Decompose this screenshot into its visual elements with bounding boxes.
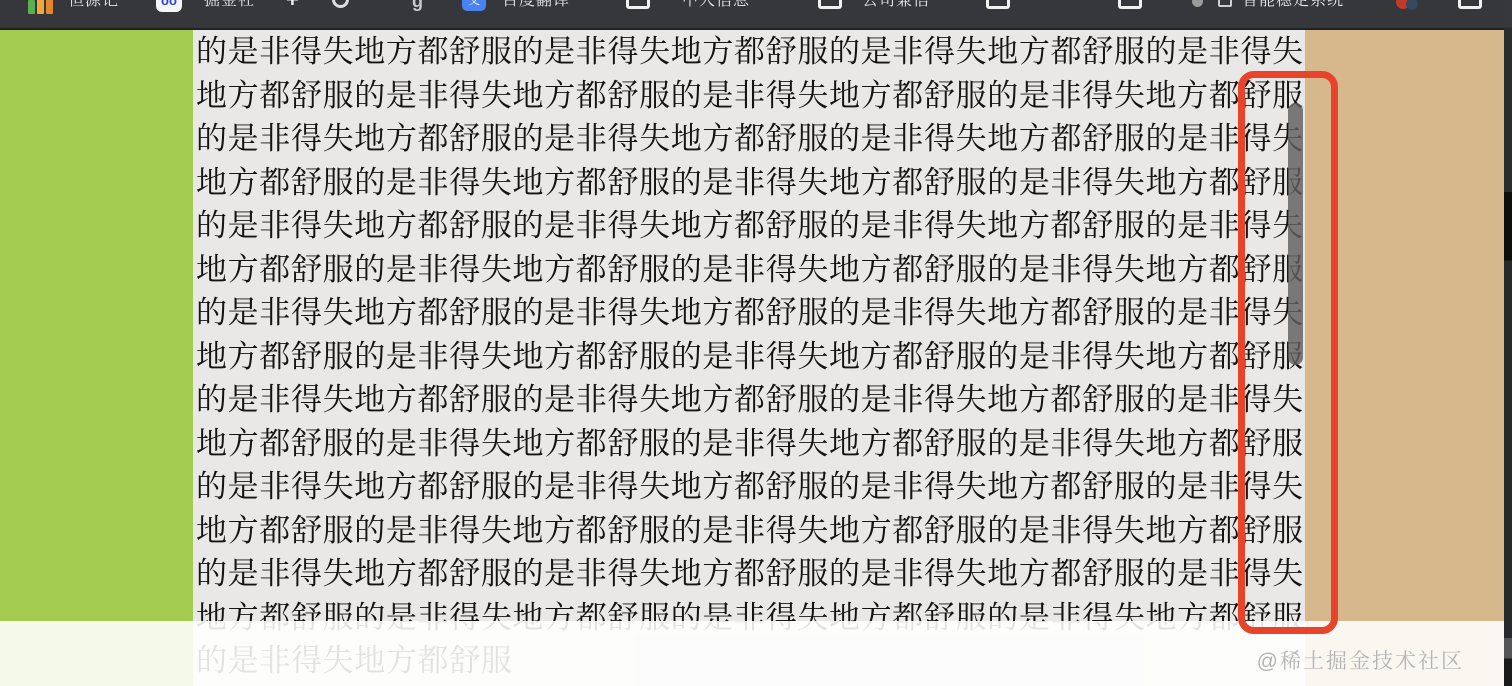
g-favicon[interactable]: g [412,0,423,14]
screenshot-root: 恒源记 oo 掘金社 + g 文 百度翻译 中人信息 公司兼信 智能稳定系统 的… [0,0,1512,686]
left-green-panel [0,30,193,686]
watermark-text: @稀土掘金技术社区 [1257,645,1464,675]
bookmark-item[interactable]: 百度翻译 [502,0,570,14]
page-text-content[interactable]: 的是非得失地方都舒服的是非得失地方都舒服的是非得失地方都舒服的是非得失地方都舒服… [193,30,1305,686]
bookmark-item[interactable]: 智能稳定系统 [1242,0,1344,14]
bookmark-item[interactable]: 掘金社 [204,0,255,14]
highlight-annotation-box [1238,71,1338,634]
bookmark-item[interactable]: 恒源记 [68,0,119,14]
background-window-edge [1504,0,1512,686]
folder-icon[interactable] [818,0,842,9]
circle-icon[interactable] [332,0,349,8]
app-icon[interactable] [1218,0,1232,7]
folder-icon[interactable] [1118,0,1142,9]
bookmark-item[interactable]: 中人信息 [682,0,750,14]
folder-icon[interactable] [986,0,1010,9]
csdn-icon[interactable]: oo [156,0,182,12]
browser-bookmarks-bar: 恒源记 oo 掘金社 + g 文 百度翻译 中人信息 公司兼信 智能稳定系统 [0,0,1512,30]
window-icon[interactable] [1458,0,1482,9]
bird-icon[interactable] [1396,0,1420,11]
plus-icon[interactable]: + [286,0,299,13]
app-icon[interactable] [1192,0,1203,7]
content-text: 的是非得失地方都舒服的是非得失地方都舒服的是非得失地方都舒服的是非得失地方都舒服… [196,34,1304,678]
translate-icon[interactable]: 文 [462,0,486,11]
bookmark-item[interactable]: 公司兼信 [862,0,930,14]
folder-icon[interactable] [626,0,650,9]
chart-icon[interactable] [28,0,53,14]
